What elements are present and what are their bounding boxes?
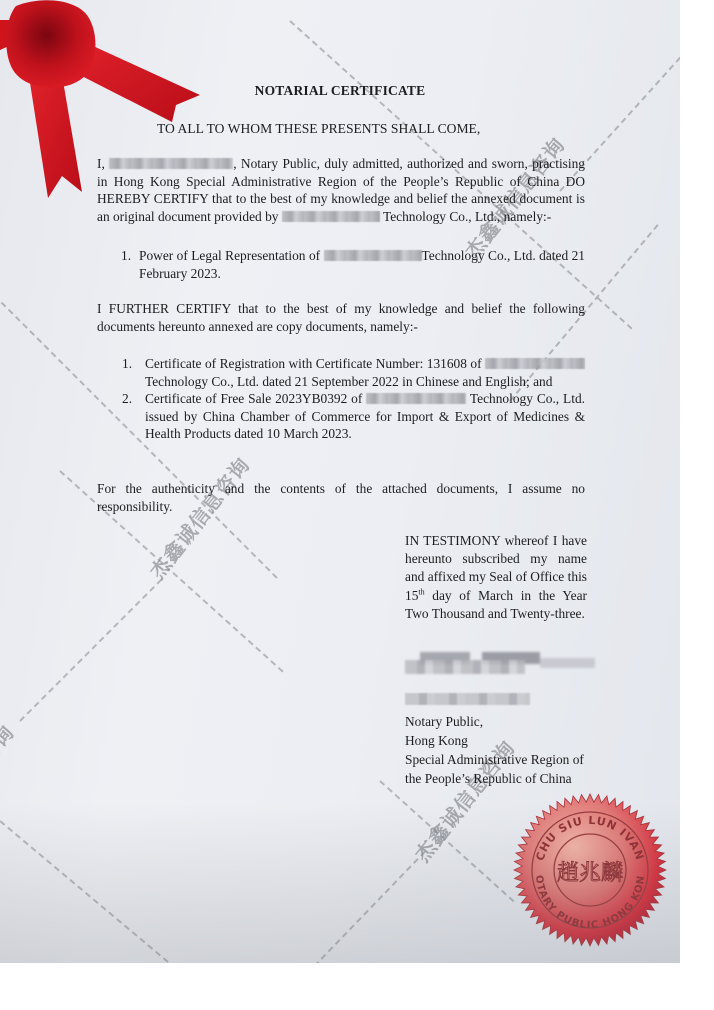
intro-suffix: Technology Co., Ltd., namely:-	[380, 209, 551, 224]
watermark-dash-line	[299, 851, 425, 963]
notary-seal-icon: CHU SIU LUN IVAN NOTARY PUBLIC HONG KONG…	[510, 790, 670, 950]
redacted-notary-name	[405, 693, 530, 705]
list-item-text: Certificate of Free Sale 2023YB0392 of	[145, 391, 366, 406]
redacted-company-name	[282, 211, 380, 222]
list-item: 2. Certificate of Free Sale 2023YB0392 o…	[97, 390, 585, 443]
redacted-company-name	[366, 393, 466, 404]
list-item-number: 2.	[122, 390, 132, 408]
watermark-dash-line	[0, 820, 200, 963]
testimony-text: day of March in the Year Two Thousand an…	[405, 588, 587, 621]
list-item-text: Certificate of Registration with Certifi…	[145, 356, 485, 371]
notary-block-line: the People’s Republic of China	[405, 769, 584, 788]
copy-documents-list: 1. Certificate of Registration with Cert…	[97, 355, 585, 443]
watermark-text-fragment: 咨询	[0, 718, 20, 769]
notary-block: Notary Public, Hong Kong Special Adminis…	[405, 712, 584, 788]
testimony-paragraph: IN TESTIMONY whereof I have hereunto sub…	[405, 532, 587, 623]
list-item-text: Technology Co., Ltd. dated 21 September …	[145, 374, 552, 389]
watermark-dash-line	[19, 579, 162, 722]
further-certify-paragraph: I FURTHER CERTIFY that to the best of my…	[97, 300, 585, 335]
list-item-number: 1.	[121, 247, 131, 265]
redacted-signature	[405, 660, 525, 674]
watermark-text: 杰鑫诚信息咨询	[142, 450, 255, 584]
list-item-text: Power of Legal Representation of	[139, 248, 324, 263]
redacted-company-name	[485, 358, 585, 369]
red-ribbon-icon	[0, 0, 230, 200]
list-item-number: 1.	[122, 355, 132, 373]
notary-block-line: Hong Kong	[405, 731, 584, 750]
redacted-company-name	[324, 250, 422, 261]
seal-center-glyphs: 趙兆麟	[557, 861, 623, 886]
list-item: 1. Certificate of Registration with Cert…	[97, 355, 585, 390]
original-documents-list: 1. Power of Legal Representation of Tech…	[97, 247, 585, 282]
notary-block-line: Special Administrative Region of	[405, 750, 584, 769]
list-item: 1. Power of Legal Representation of Tech…	[97, 247, 585, 282]
notary-block-line: Notary Public,	[405, 712, 584, 731]
disclaimer: For the authenticity and the contents of…	[97, 480, 585, 515]
